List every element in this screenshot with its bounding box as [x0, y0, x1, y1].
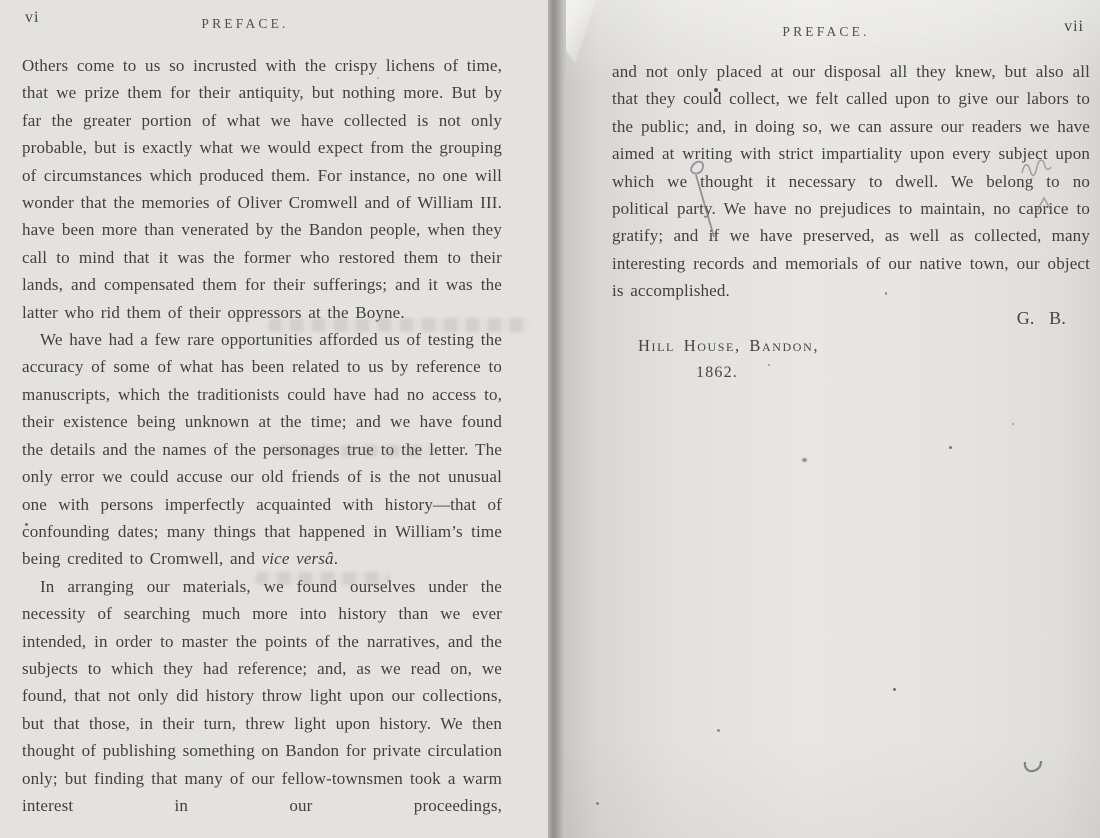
stain-speck: [885, 292, 887, 295]
right-page-text: and not only placed at our disposal all …: [612, 58, 1090, 387]
page-gutter-shadow: [548, 0, 566, 838]
paragraph: In arranging our materials, we found our…: [22, 573, 502, 820]
right-page-number: vii: [1064, 18, 1084, 36]
show-through-smudge: [276, 445, 434, 457]
left-running-title: PREFACE.: [5, 16, 485, 32]
paragraph-text: .: [334, 549, 338, 568]
stain-speck: [802, 458, 807, 462]
address-line: Hill House, Bandon,: [612, 332, 1090, 359]
show-through-smudge: [255, 572, 390, 585]
ink-speck: [25, 523, 28, 526]
stain-speck: [717, 729, 720, 732]
pencil-hook-icon: [1025, 761, 1041, 771]
stain-speck: [949, 446, 952, 449]
year-line: 1862.: [612, 359, 1090, 386]
author-initials: G. B.: [612, 305, 1090, 332]
stain-speck: [596, 802, 599, 805]
latin-phrase: vice versâ: [262, 549, 334, 568]
book-scan: vi PREFACE. Others come to us so incrust…: [0, 0, 1100, 838]
paragraph: and not only placed at our disposal all …: [612, 58, 1090, 305]
left-page-text: Others come to us so incrusted with the …: [22, 52, 502, 819]
page-edge-highlight: [566, 0, 596, 64]
stain-speck: [1012, 423, 1014, 425]
ink-blot: [714, 88, 718, 92]
stain-speck: [893, 688, 896, 691]
show-through-smudge: [268, 318, 530, 332]
right-page: PREFACE. vii and not only placed at our …: [566, 0, 1100, 838]
paragraph: Others come to us so incrusted with the …: [22, 52, 502, 326]
ink-speck: [377, 77, 379, 79]
stain-speck: [768, 364, 770, 366]
right-running-title: PREFACE.: [596, 24, 1056, 40]
left-page: vi PREFACE. Others come to us so incrust…: [0, 0, 548, 838]
